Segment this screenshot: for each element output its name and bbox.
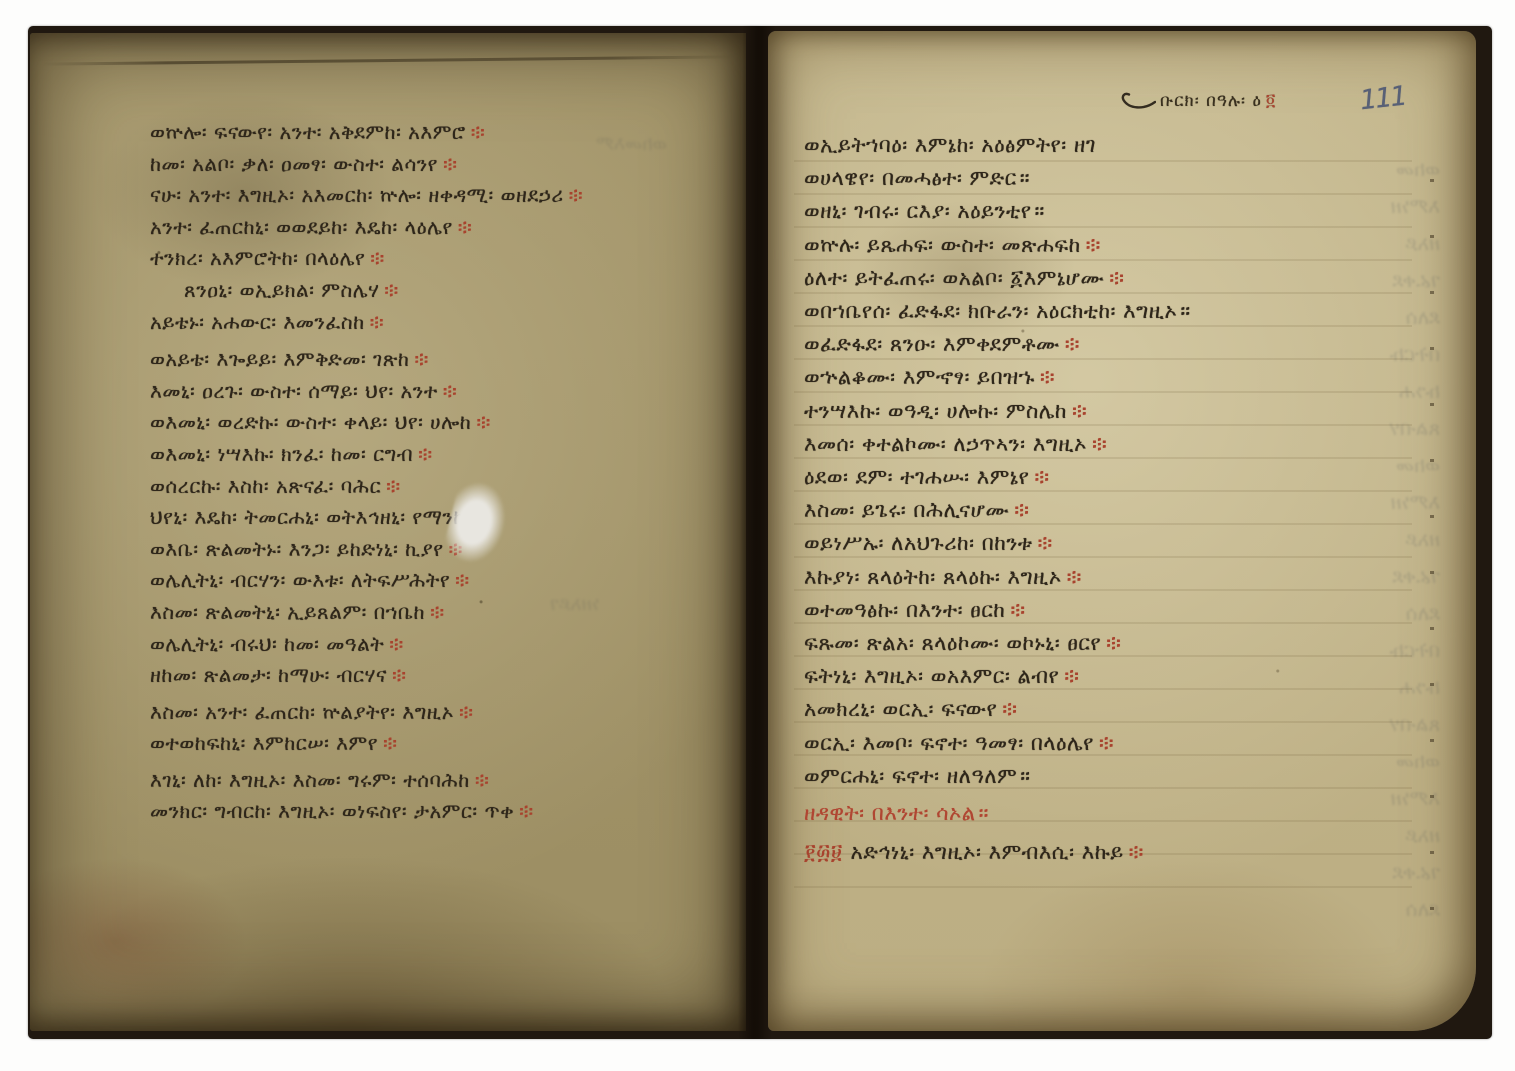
line-end-mark: ፨ — [1109, 266, 1124, 290]
line-text: ናሁ፡ አንተ፡ እግዚኦ፡ አእመርከ፡ ኵሎ፡ ዘቀዳሚ፡ ወዘደኃሪ — [150, 183, 564, 207]
bleed-line: ደለሰ — [1354, 891, 1440, 928]
manuscript-line: ህየኒ፡ እዴከ፡ ትመርሐኒ፡ ወትእኅዘኒ፡ የማንከ፨ — [150, 502, 736, 534]
line-end-mark: ፨ — [519, 799, 534, 823]
line-text: እገኒ፡ ለከ፡ እግዚኦ፡ እስመ፡ ግሩም፡ ተሰባሕከ — [150, 768, 470, 792]
line-text: ወሌሊትኒ፡ ብርሃን፡ ውእቱ፡ ለትፍሥሕትየ — [150, 568, 450, 592]
manuscript-line: ተንክረ፡ አእምሮትከ፡ በላዕሌየ፨ — [150, 243, 736, 275]
manuscript-line: ከመ፡ አልቦ፡ ቃለ፡ ዐመፃ፡ ውስተ፡ ልሳንየ፨ — [150, 149, 736, 181]
line-end-mark: ፨ — [475, 768, 490, 792]
line-end-mark: ፨ — [1099, 731, 1114, 755]
line-end-mark: ፨ — [1106, 631, 1121, 655]
line-text: ከመ፡ አልቦ፡ ቃለ፡ ዐመፃ፡ ውስተ፡ ልሳንየ — [150, 152, 438, 176]
line-end-mark: ፨ — [458, 215, 473, 239]
line-end-mark: ፨ — [1014, 498, 1029, 522]
manuscript-line: ወኍልቆሙ፡ እምኆፃ፡ ይበዝኁ፨ — [804, 361, 1464, 394]
line-end-mark: ፨ — [414, 347, 429, 371]
line-end-mark: ፨ — [1092, 432, 1107, 456]
line-text: ጸንዐኒ፡ ወኢይክል፡ ምስሌሃ — [184, 278, 379, 302]
manuscript-line: ዕለተ፡ ይትፈጠሩ፡ ወአልቦ፡ ፩እምኔሆሙ፨ — [804, 262, 1464, 295]
line-text: ወኍልቆሙ፡ እምኆፃ፡ ይበዝኁ — [804, 365, 1035, 389]
line-text: ወበኀቤየሰ፡ ፈድፋደ፡ ክቡራን፡ አዕርክቲከ፡ እግዚኦ — [804, 299, 1177, 323]
manuscript-line: እኩያነ፡ ጸላዕትከ፡ ጸላዕኩ፡ እግዚኦ፨ — [804, 561, 1464, 594]
line-text: እስመ፡ ይጌሩ፡ በሕሊናሆሙ — [804, 498, 1009, 522]
line-text: እመሰ፡ ቀተልኮሙ፡ ለኃጥኣን፡ እግዚኦ — [804, 432, 1087, 456]
line-text: ዕደወ፡ ደም፡ ተገሐሡ፡ እምኔየ — [804, 465, 1029, 489]
manuscript-line: ወሰረርኩ፡ እስከ፡ አጽናፈ፡ ባሕር፨ — [150, 471, 736, 503]
line-end-mark: ፨ — [569, 183, 584, 207]
line-end-mark: ፨ — [389, 632, 404, 656]
parchment-crease — [42, 55, 734, 65]
line-text: ወእቤ፡ ጽልመትኑ፡ እንጋ፡ ይከድነኒ፡ ኪያየ — [150, 537, 444, 561]
line-text: ተንክረ፡ አእምሮትከ፡ በላዕሌየ — [150, 246, 365, 270]
book-spread: ወከመእም ነዘአይገ ወኵሎ፡ ፍናውየ፡ አንተ፡ አቅደምከ፡ አእምሮ፨… — [28, 26, 1492, 1039]
line-end-mark: ፨ — [1129, 840, 1144, 864]
line-end-mark: ፨ — [392, 663, 407, 687]
running-title-text: ቡርክ፡ በዓሉ፡ ዕ — [1160, 91, 1262, 111]
line-end-mark: ፨ — [1010, 598, 1025, 622]
line-end-mark: ፨ — [476, 410, 491, 434]
line-text: ወዘኒ፡ ገብሩ፡ ርእያ፡ አዕይንቲየ — [804, 199, 1031, 223]
manuscript-line: መንክር፡ ግብርከ፡ እግዚኦ፡ ወነፍስየ፡ ታአምር፡ ጥቀ፨ — [150, 796, 736, 828]
line-text: ፍጹመ፡ ጽልአ፡ ጸላዕኮሙ፡ ወኮኑኒ፡ ፀርየ — [804, 631, 1101, 655]
manuscript-line: እስመ፡ አንተ፡ ፈጠርከ፡ ኵልያትየ፡ እግዚኦ፨ — [150, 697, 736, 729]
line-text: ወምርሐኒ፡ ፍኖተ፡ ዘለዓለም — [804, 764, 1017, 788]
line-text: ወኵሎ፡ ፍናውየ፡ አንተ፡ አቅደምከ፡ አእምሮ — [150, 120, 466, 144]
line-text: ወአይቴ፡ እጐይይ፡ እምቅድመ፡ ገጽከ — [150, 347, 409, 371]
line-text: ወሌሊትኒ፡ ብሩህ፡ ከመ፡ መዓልት — [150, 632, 384, 656]
manuscript-line: ዘከመ፡ ጽልመታ፡ ከማሁ፡ ብርሃና፨ — [150, 660, 736, 692]
line-end-mark: ፨ — [430, 600, 445, 624]
line-text: ወተወከፍከኒ፡ እምከርሠ፡ እምየ — [150, 731, 378, 755]
manuscript-line: ወሌሊትኒ፡ ብርሃን፡ ውእቱ፡ ለትፍሥሕትየ፨ — [150, 565, 736, 597]
line-end-mark: ፨ — [1086, 233, 1101, 257]
header-flourish-icon — [1120, 87, 1156, 114]
line-end-mark: ፨ — [370, 246, 385, 270]
line-text: አድኅነኒ፡ እግዚኦ፡ እምብእሲ፡ እኩይ — [851, 840, 1124, 864]
line-text: ወተመዓፅኩ፡ በእንተ፡ ፀርከ — [804, 598, 1005, 622]
line-end-mark: ፨ — [471, 120, 486, 144]
line-end-mark: ፨ — [1038, 531, 1053, 555]
line-text: ዘከመ፡ ጽልመታ፡ ከማሁ፡ ብርሃና — [150, 663, 387, 687]
manuscript-line: ወአይቴ፡ እጐይይ፡ እምቅድመ፡ ገጽከ፨ — [150, 344, 736, 376]
line-end-mark: ፨ — [1034, 465, 1049, 489]
line-end-mark: ። — [979, 801, 989, 825]
manuscript-line: ፍትነኒ፡ እግዚኦ፡ ወአእምር፡ ልብየ፨ — [804, 660, 1464, 693]
line-text: ወኢይትኀባዕ፡ እምኔከ፡ አዕፅምትየ፡ ዘገ — [804, 133, 1096, 157]
line-text: ወእመኒ፡ ነሣእኩ፡ ክንፈ፡ ከመ፡ ርግብ — [150, 442, 413, 466]
line-text: አንተ፡ ፈጠርከኒ፡ ወወደይከ፡ እዴከ፡ ላዕሌየ — [150, 215, 453, 239]
line-end-mark: ፨ — [383, 731, 398, 755]
line-end-mark: ። — [1020, 166, 1030, 190]
manuscript-line: ወዘኒ፡ ገብሩ፡ ርእያ፡ አዕይንቲየ። — [804, 195, 1464, 228]
manuscript-line: ወበኀቤየሰ፡ ፈድፋደ፡ ክቡራን፡ አዕርክቲከ፡ እግዚኦ። — [804, 295, 1464, 328]
manuscript-line: አይቴኑ፡ አሐውር፡ እመንፈስከ፨ — [150, 307, 736, 339]
manuscript-line: ወኵሎ፡ ፍናውየ፡ አንተ፡ አቅደምከ፡ አእምሮ፨ — [150, 117, 736, 149]
manuscript-line: አንተ፡ ፈጠርከኒ፡ ወወደይከ፡ እዴከ፡ ላዕሌየ፨ — [150, 212, 736, 244]
line-end-mark: ፨ — [459, 700, 474, 724]
line-text: እመኒ፡ ዐረጉ፡ ውስተ፡ ሰማይ፡ ህየ፡ አንተ — [150, 379, 438, 403]
manuscript-line: ወኵሉ፡ ይጼሐፍ፡ ውስተ፡ መጽሐፍከ፨ — [804, 229, 1464, 262]
line-text: እኩያነ፡ ጸላዕትከ፡ ጸላዕኩ፡ እግዚኦ — [804, 565, 1062, 589]
manuscript-line: ወኢይትኀባዕ፡ እምኔከ፡ አዕፅምትየ፡ ዘገ — [804, 129, 1464, 162]
line-text: ህየኒ፡ እዴከ፡ ትመርሐኒ፡ ወትእኅዘኒ፡ የማንከ — [150, 505, 465, 529]
line-text: እስመ፡ አንተ፡ ፈጠርከ፡ ኵልያትየ፡ እግዚኦ — [150, 700, 454, 724]
line-text: ፍትነኒ፡ እግዚኦ፡ ወአእምር፡ ልብየ — [804, 664, 1059, 688]
line-end-mark: ፨ — [1067, 565, 1082, 589]
line-end-mark: ፨ — [384, 278, 399, 302]
manuscript-line: ወእመኒ፡ ነሣእኩ፡ ክንፈ፡ ከመ፡ ርግብ፨ — [150, 439, 736, 471]
left-page-lines: ወኵሎ፡ ፍናውየ፡ አንተ፡ አቅደምከ፡ አእምሮ፨ከመ፡ አልቦ፡ ቃለ፡… — [150, 117, 736, 828]
line-end-mark: ፨ — [370, 310, 385, 334]
line-text: ወይነሥኡ፡ ለአህጉሪከ፡ በከንቱ — [804, 531, 1033, 555]
line-text: ወፈድፋደ፡ ጸንዑ፡ እምቀደምቶሙ — [804, 332, 1060, 356]
manuscript-line: አመክረኒ፡ ወርኢ፡ ፍናውየ፨ — [804, 693, 1464, 726]
line-text: እስመ፡ ጽልመትኒ፡ ኢይጸልም፡ በኀቤከ — [150, 600, 425, 624]
manuscript-line: ፻፴፱አድኅነኒ፡ እግዚኦ፡ እምብእሲ፡ እኩይ፨ — [804, 836, 1464, 869]
manuscript-line: ዘዳዊት፡ በእንተ፡ ሳኦል። — [804, 797, 1464, 830]
line-end-mark: ፨ — [443, 379, 458, 403]
line-end-mark: ፨ — [443, 152, 458, 176]
line-end-mark: ፨ — [1002, 697, 1017, 721]
manuscript-line: ናሁ፡ አንተ፡ እግዚኦ፡ አእመርከ፡ ኵሎ፡ ዘቀዳሚ፡ ወዘደኃሪ፨ — [150, 180, 736, 212]
line-end-mark: ፨ — [1065, 332, 1080, 356]
line-text: ወሰረርኩ፡ እስከ፡ አጽናፈ፡ ባሕር — [150, 474, 381, 498]
manuscript-photo: ወከመእም ነዘአይገ ወኵሎ፡ ፍናውየ፡ አንተ፡ አቅደምከ፡ አእምሮ፨… — [0, 0, 1515, 1071]
manuscript-line: ወሌሊትኒ፡ ብሩህ፡ ከመ፡ መዓልት፨ — [150, 629, 736, 661]
manuscript-line: ጸንዐኒ፡ ወኢይክል፡ ምስሌሃ፨ — [150, 275, 736, 307]
line-end-mark: ፨ — [1064, 664, 1079, 688]
manuscript-line: እስመ፡ ይጌሩ፡ በሕሊናሆሙ፨ — [804, 494, 1464, 527]
line-text: አመክረኒ፡ ወርኢ፡ ፍናውየ — [804, 697, 997, 721]
psalm-number: ፻፴፱ — [804, 840, 843, 864]
running-title: ቡርክ፡ በዓሉ፡ ዕ፬ — [1120, 87, 1276, 114]
manuscript-line: ወይነሥኡ፡ ለአህጉሪከ፡ በከንቱ፨ — [804, 527, 1464, 560]
line-text: ዕለተ፡ ይትፈጠሩ፡ ወአልቦ፡ ፩እምኔሆሙ — [804, 266, 1104, 290]
line-text: ተንሣእኩ፡ ወዓዲ፡ ሀሎኩ፡ ምስሌከ — [804, 399, 1067, 423]
manuscript-line: እገኒ፡ ለከ፡ እግዚኦ፡ እስመ፡ ግሩም፡ ተሰባሕከ፨ — [150, 765, 736, 797]
manuscript-line: ወምርሐኒ፡ ፍኖተ፡ ዘለዓለም። — [804, 760, 1464, 793]
line-end-mark: ። — [1020, 764, 1030, 788]
manuscript-line: ተንሣእኩ፡ ወዓዲ፡ ሀሎኩ፡ ምስሌከ፨ — [804, 395, 1464, 428]
manuscript-line: እመኒ፡ ዐረጉ፡ ውስተ፡ ሰማይ፡ ህየ፡ አንተ፨ — [150, 376, 736, 408]
line-end-mark: ። — [1034, 199, 1044, 223]
manuscript-line: ወፈድፋደ፡ ጸንዑ፡ እምቀደምቶሙ፨ — [804, 328, 1464, 361]
folio-number: 111 — [1359, 81, 1408, 117]
running-title-numeral: ፬ — [1266, 91, 1276, 111]
manuscript-line: ወተወከፍከኒ፡ እምከርሠ፡ እምየ፨ — [150, 728, 736, 760]
right-page-lines: ወኢይትኀባዕ፡ እምኔከ፡ አዕፅምትየ፡ ዘገወሀላዌየ፡ በመሓፅተ፡ ም… — [804, 129, 1464, 869]
line-text: አይቴኑ፡ አሐውር፡ እመንፈስከ — [150, 310, 365, 334]
line-end-mark: ፨ — [1040, 365, 1055, 389]
line-text: መንክር፡ ግብርከ፡ እግዚኦ፡ ወነፍስየ፡ ታአምር፡ ጥቀ — [150, 799, 514, 823]
line-end-mark: ፨ — [386, 474, 401, 498]
line-text: ዘዳዊት፡ በእንተ፡ ሳኦል — [804, 801, 976, 825]
line-end-mark: ፨ — [1072, 399, 1087, 423]
line-text: ወኵሉ፡ ይጼሐፍ፡ ውስተ፡ መጽሐፍከ — [804, 233, 1081, 257]
line-text: ወርኢ፡ እመቦ፡ ፍኖተ፡ ዓመፃ፡ በላዕሌየ — [804, 731, 1094, 755]
manuscript-line: እመሰ፡ ቀተልኮሙ፡ ለኃጥኣን፡ እግዚኦ፨ — [804, 428, 1464, 461]
manuscript-line: ወእመኒ፡ ወረድኩ፡ ውስተ፡ ቀላይ፡ ህየ፡ ሀሎከ፨ — [150, 407, 736, 439]
left-page: ወከመእም ነዘአይገ ወኵሎ፡ ፍናውየ፡ አንተ፡ አቅደምከ፡ አእምሮ፨… — [30, 33, 746, 1031]
manuscript-line: ወተመዓፅኩ፡ በእንተ፡ ፀርከ፨ — [804, 594, 1464, 627]
line-end-mark: ፨ — [418, 442, 433, 466]
line-text: ወሀላዌየ፡ በመሓፅተ፡ ምድር — [804, 166, 1017, 190]
line-end-mark: ፨ — [455, 568, 470, 592]
manuscript-line: እስመ፡ ጽልመትኒ፡ ኢይጸልም፡ በኀቤከ፨ — [150, 597, 736, 629]
manuscript-line: ዕደወ፡ ደም፡ ተገሐሡ፡ እምኔየ፨ — [804, 461, 1464, 494]
line-text: ወእመኒ፡ ወረድኩ፡ ውስተ፡ ቀላይ፡ ህየ፡ ሀሎከ — [150, 410, 471, 434]
manuscript-line: ወሀላዌየ፡ በመሓፅተ፡ ምድር። — [804, 162, 1464, 195]
line-end-mark: ። — [1180, 299, 1190, 323]
right-page: ቡርክ፡ በዓሉ፡ ዕ፬ 111 ወከመእምነዘዘአይገፈቀደደለሰበትርኩኩን… — [768, 31, 1476, 1031]
manuscript-line: ወርኢ፡ እመቦ፡ ፍኖተ፡ ዓመፃ፡ በላዕሌየ፨ — [804, 727, 1464, 760]
manuscript-line: ፍጹመ፡ ጽልአ፡ ጸላዕኮሙ፡ ወኮኑኒ፡ ፀርየ፨ — [804, 627, 1464, 660]
